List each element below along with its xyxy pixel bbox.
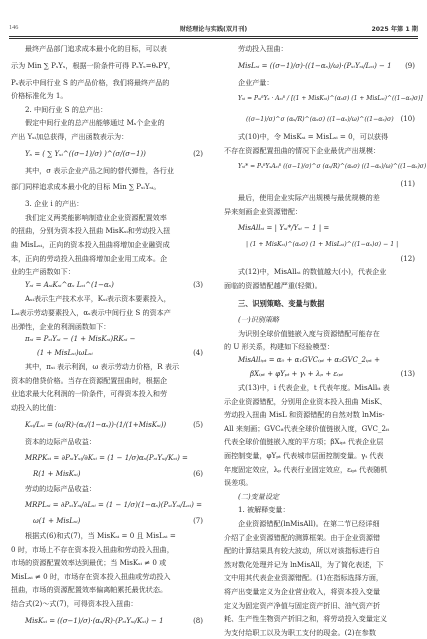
paragraph: 不存在资源配置扭曲的情况下企业最优产出规模：: [224, 144, 419, 158]
right-column: 劳动投入扭曲： MisLₛᵢ = ((σ−1)/σ)·((1−αₛ)/ω)·(P…: [224, 42, 419, 639]
subsection-heading: (二)变量设定: [224, 490, 419, 504]
running-header: 146 财经理论与实践(双月刊) 2025 年第 1 期: [9, 22, 418, 34]
equation-number: (11): [224, 177, 419, 191]
subheading: 资本的边际产品收益：: [11, 435, 207, 449]
equation-3: Yₛᵢ = AₛᵢKₛᵢ^αₛ Lₛᵢ^(1−αₛ) (3): [11, 279, 207, 293]
equation-7-line-1: MRPLₛᵢ = ∂PₛᵢYₛᵢ/∂Lₛᵢ = (1 − 1/σ)(1−αₛ)(…: [11, 495, 207, 515]
paragraph: 出弹性，企业的利润函数如下：: [11, 320, 207, 334]
equation-7-line-2: ω(1 + MisLₛᵢ) (7): [11, 515, 207, 529]
paragraph: 介绍了企业资源错配的测算框架。由于企业资源错: [224, 531, 419, 545]
equation-body: MRPKₛᵢ = ∂PₛᵢYₛᵢ/∂Kₛᵢ = (1 − 1/σ)αₛ(PₛᵢY…: [25, 454, 188, 462]
equation-body: πₛᵢ = PₛᵢYₛᵢ − (1 + MisKₛᵢ)RKₛᵢ −: [25, 335, 135, 343]
paragraph: 耗、生产性生物资产折旧之和，将劳动投入变量定义: [224, 612, 419, 626]
paragraph: 曲 MisLₛᵢ，正向的资本投入扭曲将增加企业融资成: [11, 238, 207, 252]
subheading: 劳动投入扭曲：: [224, 42, 419, 56]
paragraph: 我们定义两类能影响制造业企业资源配置效率: [11, 211, 207, 225]
paragraph: 配的计算结果具有较大波动，所以对该指标进行自: [224, 544, 419, 558]
subheading: 1. 被解释变量：: [224, 503, 419, 517]
paragraph: 根据式(6)和式(7)，当 MisKₛᵢ = 0 且 MisLₛᵢ =: [11, 529, 207, 543]
subheading: 企业产量：: [224, 76, 419, 90]
paragraph: 代表全球价值链嵌入度的平方项；βXᵢₚₜ 代表企业层: [224, 435, 419, 449]
paragraph: 的扭曲，分别为资本投入扭曲 MisKₛᵢ和劳动投入扭: [11, 224, 207, 238]
equation-number: (13): [401, 368, 415, 382]
paragraph: 其中，πₛᵢ 表示利润，ω 表示劳动力价格，R 表示: [11, 360, 207, 374]
equation-body: (1 + MisLₛᵢ)ωLₛᵢ: [37, 349, 93, 357]
paragraph: 劳动投入扭曲 MisL 和资源错配的自然对数 lnMis-: [224, 408, 419, 422]
paragraph: 动投入的比值：: [11, 401, 207, 415]
paragraph: 年度固定效应，λₚ 代表行业固定效应，εᵢₚₜ 代表随机: [224, 463, 419, 477]
left-column: 最终产品部门追求成本最小化的目标，可以表 示为 Min ∑ PₛYₛ，根据一阶条…: [11, 42, 207, 631]
equation-4-line-2: (1 + MisLₛᵢ)ωLₛᵢ (4): [11, 347, 207, 361]
paragraph: 式(12)中，MisAllₛᵢ 的数值越大(小)，代表企业: [224, 265, 419, 279]
paragraph: 为支付给职工以及为职工支付的现金。(2)在参数: [224, 626, 419, 639]
header-rule-thick: [9, 36, 418, 38]
equation-number: (12): [224, 252, 419, 266]
paragraph: 的 U 形关系，构建如下经验模型：: [224, 340, 419, 354]
paragraph: Lₛᵢ表示劳动要素投入，αₛ表示中间行业 S 的资本产: [11, 306, 207, 320]
paragraph: 示企业资源错配，分别用企业资本投入扭曲 MisK、: [224, 395, 419, 409]
paragraph: 价格标准化为 1。: [11, 89, 207, 103]
paragraph: 定义为固定资产净值与固定资产折旧、油气资产折: [224, 599, 419, 613]
equation-body: ω(1 + MisLₛᵢ): [33, 517, 80, 525]
equation-body: Yₛᵢ = AₛᵢKₛᵢ^αₛ Lₛᵢ^(1−αₛ): [25, 281, 114, 289]
equation-body: MisKₛᵢ = ((σ−1)/σ)·(αₛ/R)·(PₛᵢYₛᵢ/Kₛᵢ) −…: [25, 617, 164, 625]
header-rule-thin: [9, 38, 418, 39]
equation-body: Yₛ = ( ∑ Yₛᵢ^((σ−1)/σ) )^(σ/(σ−1)): [25, 150, 146, 158]
equation-body: R(1 + MisKₛᵢ): [33, 470, 81, 478]
equation-4-line-1: πₛᵢ = PₛᵢYₛᵢ − (1 + MisKₛᵢ)RKₛᵢ −: [11, 333, 207, 347]
paragraph: 业追求最大化利润的一阶条件，可得资本投入和劳: [11, 387, 207, 401]
equation-10-line-1: Yₛᵢ = PₛᵢᵟYₛ · Aₛᵢᵟ / [(1 + MisKₛᵢ)^(αₛσ…: [224, 89, 419, 109]
paragraph: 最后，使用企业实际产出规模与最优规模的差: [224, 191, 419, 205]
equation-number: (5): [193, 415, 203, 435]
paragraph: 部门同样追求成本最小化的目标 Min ∑ PₛᵢYₛᵢ。: [11, 177, 207, 197]
paragraph: 然对数化处理并记为 lnMisAll，为了简化表述，下: [224, 558, 419, 572]
equation-number: (7): [193, 515, 203, 529]
section-heading: 三、识别策略、变量与数据: [224, 297, 419, 311]
paragraph: 市场的资源配置效率达到最优；当 MisKₛᵢ ≠ 0 或: [11, 556, 207, 570]
subheading: 劳动的边际产品收益：: [11, 482, 207, 496]
paragraph: 示为 Min ∑ PₛYₛ，根据一阶条件可得 PₛYₛ=θₛPY，: [11, 56, 207, 76]
equation-body: MisAllₛᵢ = | Yₛᵢ*/Yₛᵢ − 1 | =: [238, 224, 329, 232]
paragraph: Aₛᵢ表示生产技术水平，Kₛᵢ表示资本要素投入，: [11, 292, 207, 306]
paragraph: 0 时，市场上不存在资本投入扭曲和劳动投入扭曲，: [11, 543, 207, 557]
equation-5: Kₛᵢ/Lₛᵢ = (ω/R)·(αₛ/(1−αₛ))·(1/(1+MisKₛᵢ…: [11, 415, 207, 435]
equation-body: Kₛᵢ/Lₛᵢ = (ω/R)·(αₛ/(1−αₛ))·(1/(1+MisKₛᵢ…: [25, 421, 166, 429]
paragraph: 业的生产函数如下：: [11, 265, 207, 279]
equation-8: MisKₛᵢ = ((σ−1)/σ)·(αₛ/R)·(PₛᵢYₛᵢ/Kₛᵢ) −…: [11, 611, 207, 631]
subheading: 3. 企业 i 的产出：: [11, 197, 207, 211]
equation-number: (8): [193, 611, 203, 631]
paragraph: 式(13)中，i 代表企业，t 代表年度。MisAllᵢₜ 表: [224, 381, 419, 395]
issue-label: 2025 年第 1 期: [371, 24, 418, 33]
equation-11: Yₛᵢ* = PₛᵟYₛAₛᵢᵟ ((σ−1)/σ)^σ (αₛ/R)^(αₛσ…: [224, 157, 419, 177]
equation-body: | (1 + MisKₛᵢ)^(αₛσ) (1 + MisLₛᵢ)^((1−αₛ…: [246, 241, 398, 248]
subheading: 2. 中间行业 S 的总产出：: [11, 103, 207, 117]
paragraph: Pₛ表示中间行业 S 的产品价格，我们将最终产品的: [11, 76, 207, 90]
equation-number: (6): [193, 468, 203, 482]
paragraph: 最终产品部门追求成本最小化的目标，可以表: [11, 42, 207, 56]
paragraph: 误差项。: [224, 476, 419, 490]
paragraph: 式(10)中，令 MisKₛᵢ = MisLₛᵢ = 0，可以获得: [224, 130, 419, 144]
paragraph: 假定中间行业的总产出能够通过 Mₛ个企业的: [11, 116, 207, 130]
paragraph: 本，正向的劳动投入扭曲将增加企业用工成本。企: [11, 252, 207, 266]
equation-body: ((σ−1)/σ)^σ (αₛ/R)^(αₛσ) ((1−αₛ)/ω)^((1−…: [246, 116, 394, 123]
equation-10-line-2: ((σ−1)/σ)^σ (αₛ/R)^(αₛσ) ((1−αₛ)/ω)^((1−…: [224, 109, 419, 130]
paragraph: 为识别全球价值链嵌入度与资源错配可能存在: [224, 327, 419, 341]
paragraph: 将产出变量定义为企业营业收入，将资本投入变量: [224, 585, 419, 599]
equation-13-line-2: βXᵢₚₜ + φYₚₜ + γₜ + λₚ + εᵢₚₜ (13): [224, 368, 419, 382]
equation-6-line-1: MRPKₛᵢ = ∂PₛᵢYₛᵢ/∂Kₛᵢ = (1 − 1/σ)αₛ(PₛᵢY…: [11, 448, 207, 468]
paragraph: 面临的资源错配越严重(轻微)。: [224, 279, 419, 293]
equation-number: (9): [405, 56, 415, 76]
equation-body: βXᵢₚₜ + φYₚₜ + γₜ + λₚ + εᵢₚₜ: [250, 370, 343, 378]
equation-number: (2): [193, 144, 203, 164]
paragraph: 文中用其代表企业资源错配。(1)在指标选择方面，: [224, 571, 419, 585]
equation-12-line-1: MisAllₛᵢ = | Yₛᵢ*/Yₛᵢ − 1 | =: [224, 218, 419, 238]
paragraph: 资本的借贷价格。当存在资源配置扭曲时，根据企: [11, 374, 207, 388]
equation-number: (10): [401, 109, 415, 129]
paragraph: 其中，σ 表示企业产品之间的替代弹性，各行业: [11, 164, 207, 178]
equation-body: Yₛᵢ = PₛᵢᵟYₛ · Aₛᵢᵟ / [(1 + MisKₛᵢ)^(αₛσ…: [238, 95, 423, 102]
paragraph: 企业资源错配(lnMisAll)。在第二节已经详细: [224, 517, 419, 531]
equation-9: MisLₛᵢ = ((σ−1)/σ)·((1−αₛ)/ω)·(PₛᵢYₛᵢ/Lₛ…: [224, 56, 419, 76]
equation-2: Yₛ = ( ∑ Yₛᵢ^((σ−1)/σ) )^(σ/(σ−1)) (2): [11, 144, 207, 164]
paragraph: 扭曲，市场的资源配置效率偏离帕累托最优状态。: [11, 583, 207, 597]
equation-13-line-1: MisAllᵢₚₜ = α₀ + α₁GVCᵢₚₜ + α₂GVC_2ᵢₚₜ +: [224, 354, 419, 368]
subsection-heading: (一)识别策略: [224, 313, 419, 327]
paragraph: All 来刻画；GVCᵢₜ代表全球价值链嵌入度，GVC_2ᵢₜ: [224, 422, 419, 436]
paragraph: 异来刻画企业资源错配：: [224, 205, 419, 219]
equation-body: Yₛᵢ* = PₛᵟYₛAₛᵢᵟ ((σ−1)/σ)^σ (αₛ/R)^(αₛσ…: [238, 163, 426, 170]
equation-body: MRPLₛᵢ = ∂PₛᵢYₛᵢ/∂Lₛᵢ = (1 − 1/σ)(1−αₛ)(…: [25, 501, 202, 509]
equation-body: MisLₛᵢ = ((σ−1)/σ)·((1−αₛ)/ω)·(PₛᵢYₛᵢ/Lₛ…: [238, 62, 392, 70]
equation-12-line-2: | (1 + MisKₛᵢ)^(αₛσ) (1 + MisLₛᵢ)^((1−αₛ…: [224, 238, 419, 252]
equation-number: (3): [193, 279, 203, 293]
equation-6-line-2: R(1 + MisKₛᵢ) (6): [11, 468, 207, 482]
equation-number: (4): [193, 347, 203, 361]
paragraph: 结合式(2)～式(7)，可得资本投入扭曲：: [11, 597, 207, 611]
paragraph: 产出 Yₛᵢ加总获得，产出函数表示为：: [11, 130, 207, 144]
equation-body: MisAllᵢₚₜ = α₀ + α₁GVCᵢₚₜ + α₂GVC_2ᵢₚₜ +: [238, 356, 380, 364]
journal-title: 财经理论与实践(双月刊): [9, 24, 418, 33]
paragraph: 面控制变量，φYₚₜ 代表城市层面控制变量。γₜ 代表: [224, 449, 419, 463]
paragraph: MisLₛᵢ ≠ 0 时，市场存在资本投入扭曲或劳动投入: [11, 570, 207, 584]
